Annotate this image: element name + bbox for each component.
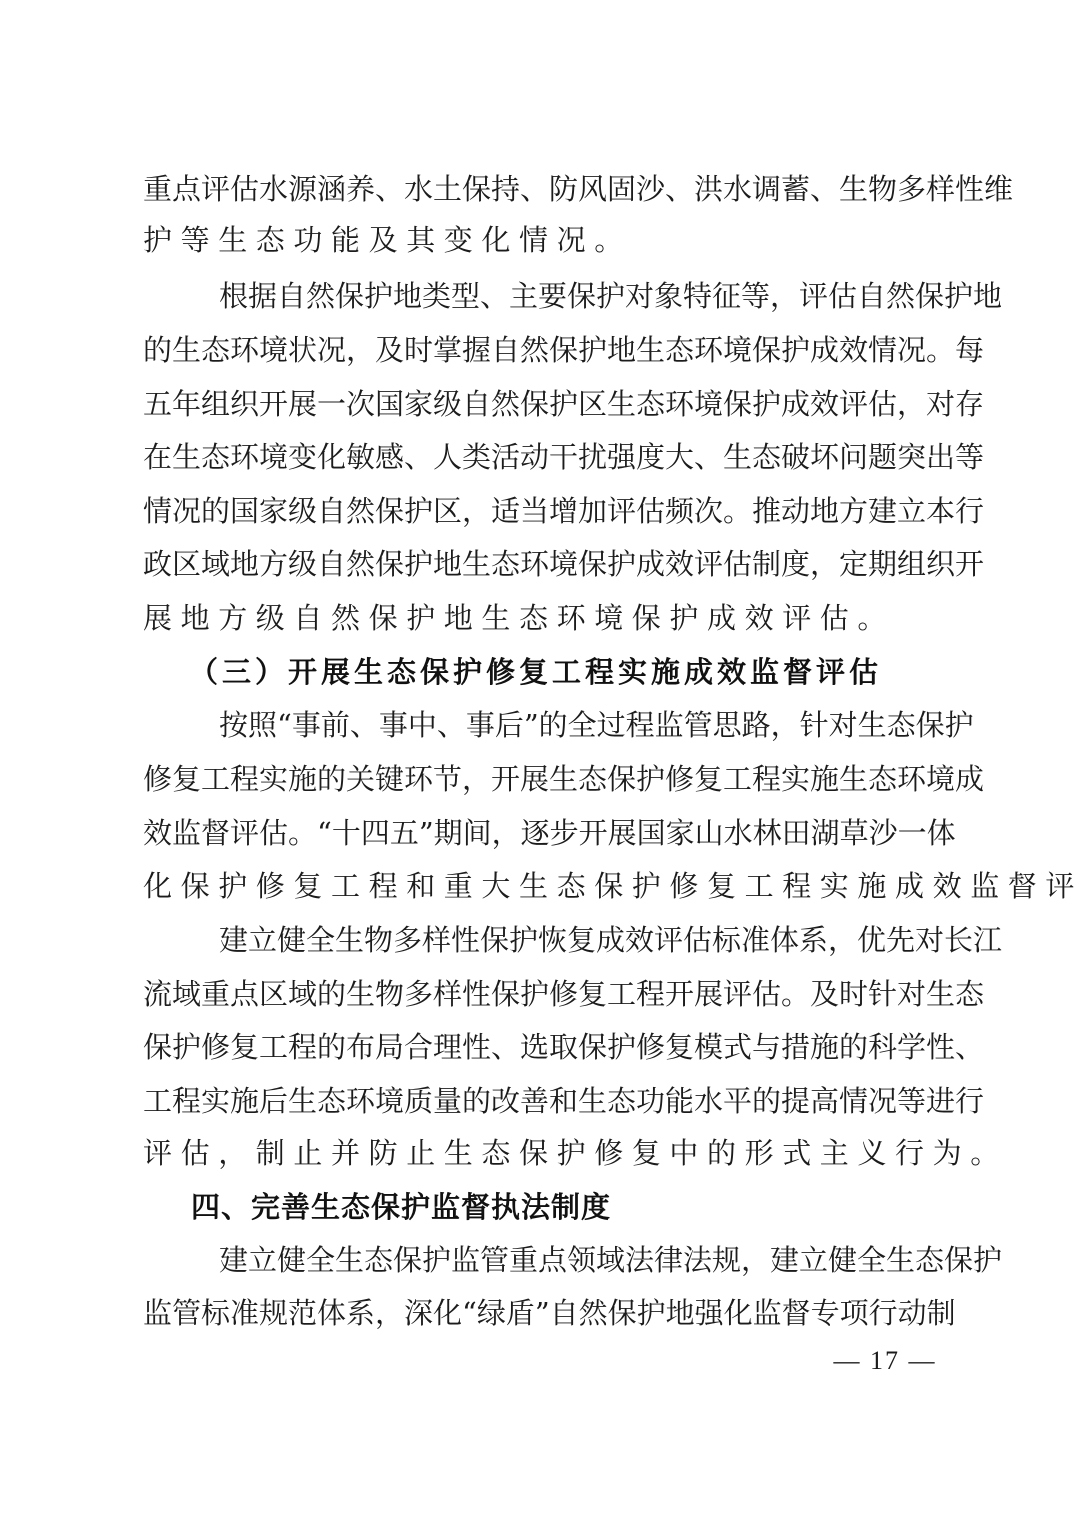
paragraph-line: 的生态环境状况，及时掌握自然保护地生态环境保护成效情况。每 (143, 330, 940, 370)
paragraph-line: 工程实施后生态环境质量的改善和生态功能水平的提高情况等进行 (143, 1081, 940, 1121)
paragraph-line: 根据自然保护地类型、主要保护对象特征等，评估自然保护地 (219, 276, 940, 316)
paragraph-line: 政区域地方级自然保护地生态环境保护成效评估制度，定期组织开 (143, 544, 940, 584)
section-subheading: （三）开展生态保护修复工程实施成效监督评估 (189, 652, 882, 692)
paragraph-line: 按照“事前、事中、事后”的全过程监管思路，针对生态保护 (219, 705, 940, 745)
paragraph-line: 评估，制止并防止生态保护修复中的形式主义行为。 (143, 1133, 940, 1173)
paragraph-line: 监管标准规范体系，深化“绿盾”自然保护地强化监督专项行动制 (143, 1293, 940, 1333)
paragraph-line: 修复工程实施的关键环节，开展生态保护修复工程实施生态环境成 (143, 759, 940, 799)
paragraph-line: 展地方级自然保护地生态环境保护成效评估。 (143, 598, 940, 638)
paragraph-line: 在生态环境变化敏感、人类活动干扰强度大、生态破坏问题突出等 (143, 437, 940, 477)
paragraph-line: 效监督评估。“十四五”期间，逐步开展国家山水林田湖草沙一体 (143, 813, 940, 853)
paragraph-line: 建立健全生物多样性保护恢复成效评估标准体系，优先对长江 (219, 920, 940, 960)
document-page: 重点评估水源涵养、水土保持、防风固沙、洪水调蓄、生物多样性维 护等生态功能及其变… (0, 0, 1080, 1527)
paragraph-line: 护等生态功能及其变化情况。 (143, 220, 940, 260)
paragraph-line: 流域重点区域的生物多样性保护修复工程开展评估。及时针对生态 (143, 974, 940, 1014)
paragraph-line: 建立健全生态保护监管重点领域法律法规，建立健全生态保护 (219, 1240, 940, 1280)
paragraph-line: 化保护修复工程和重大生态保护修复工程实施成效监督评估。 (143, 866, 940, 906)
page-number: — 17 — (820, 1343, 950, 1379)
paragraph-line: 情况的国家级自然保护区，适当增加评估频次。推动地方建立本行 (143, 491, 940, 531)
paragraph-line: 五年组织开展一次国家级自然保护区生态环境保护成效评估，对存 (143, 384, 940, 424)
paragraph-line: 保护修复工程的布局合理性、选取保护修复模式与措施的科学性、 (143, 1027, 940, 1067)
paragraph-line: 重点评估水源涵养、水土保持、防风固沙、洪水调蓄、生物多样性维 (143, 169, 940, 209)
section-heading: 四、完善生态保护监督执法制度 (191, 1187, 611, 1227)
